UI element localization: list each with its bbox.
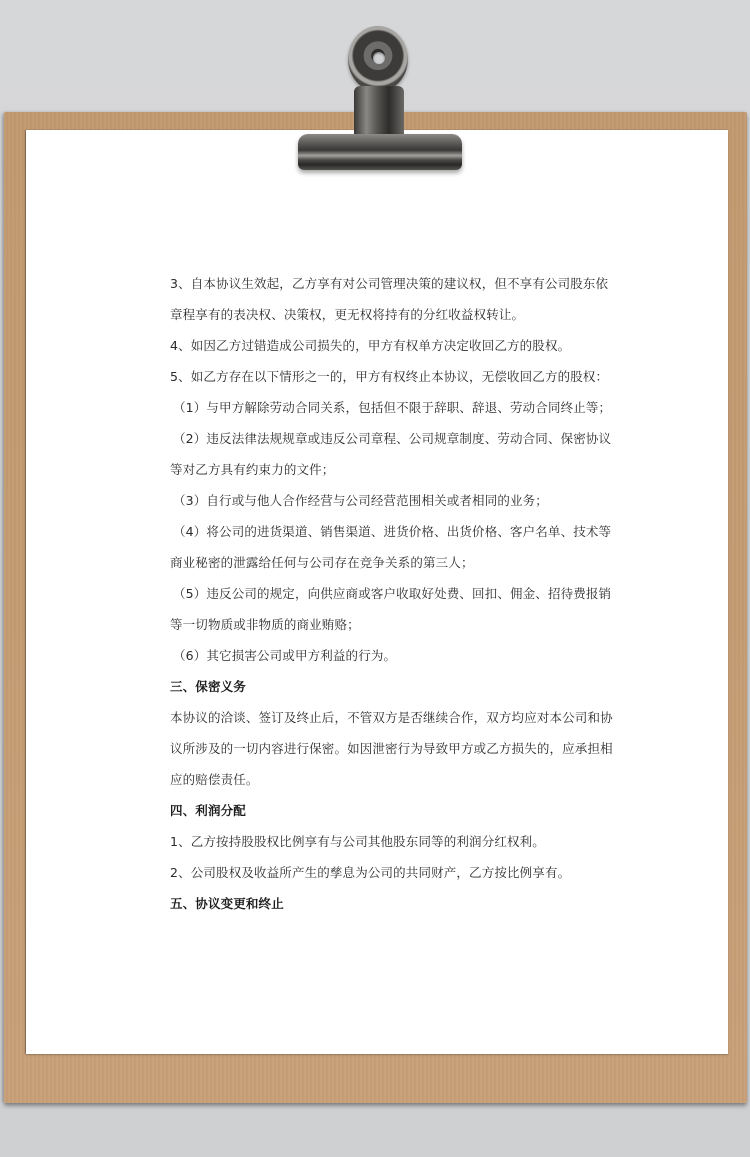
item-5-line-1: （5）违反公司的规定，向供应商或客户收取好处费、回扣、佣金、招待费报销: [170, 578, 590, 609]
confidentiality-line-3: 应的赔偿责任。: [170, 764, 590, 795]
item-3: （3）自行或与他人合作经营与公司经营范围相关或者相同的业务；: [170, 485, 590, 516]
item-4-line-2: 商业秘密的泄露给任何与公司存在竞争关系的第三人；: [170, 547, 590, 578]
section-heading-confidentiality: 三、保密义务: [170, 671, 590, 702]
clip-bar: [298, 134, 462, 170]
item-1: （1）与甲方解除劳动合同关系，包括但不限于辞职、辞退、劳动合同终止等；: [170, 392, 590, 423]
clip-neck: [354, 86, 404, 140]
confidentiality-line-2: 议所涉及的一切内容进行保密。如因泄密行为导致甲方或乙方损失的，应承担相: [170, 733, 590, 764]
clause-4: 4、如因乙方过错造成公司损失的，甲方有权单方决定收回乙方的股权。: [170, 330, 590, 361]
section-heading-profit-distribution: 四、利润分配: [170, 795, 590, 826]
binder-clip-icon: [296, 24, 464, 172]
item-2-line-1: （2）违反法律法规规章或违反公司章程、公司规章制度、劳动合同、保密协议: [170, 423, 590, 454]
profit-clause-2: 2、公司股权及收益所产生的孳息为公司的共同财产，乙方按比例享有。: [170, 857, 590, 888]
confidentiality-line-1: 本协议的洽谈、签订及终止后，不管双方是否继续合作，双方均应对本公司和协: [170, 702, 590, 733]
document-body: 3、自本协议生效起，乙方享有对公司管理决策的建议权，但不享有公司股东依 章程享有…: [170, 268, 590, 919]
clause-3-line-2: 章程享有的表决权、决策权，更无权将持有的分红收益权转让。: [170, 299, 590, 330]
clip-hole: [373, 52, 385, 64]
clause-5: 5、如乙方存在以下情形之一的，甲方有权终止本协议，无偿收回乙方的股权：: [170, 361, 590, 392]
item-6: （6）其它损害公司或甲方利益的行为。: [170, 640, 590, 671]
item-2-line-2: 等对乙方具有约束力的文件；: [170, 454, 590, 485]
section-heading-change-termination: 五、协议变更和终止: [170, 888, 590, 919]
item-5-line-2: 等一切物质或非物质的商业贿赂；: [170, 609, 590, 640]
clause-3-line-1: 3、自本协议生效起，乙方享有对公司管理决策的建议权，但不享有公司股东依: [170, 268, 590, 299]
item-4-line-1: （4）将公司的进货渠道、销售渠道、进货价格、出货价格、客户名单、技术等: [170, 516, 590, 547]
profit-clause-1: 1、乙方按持股股权比例享有与公司其他股东同等的利润分红权利。: [170, 826, 590, 857]
document-page: 3、自本协议生效起，乙方享有对公司管理决策的建议权，但不享有公司股东依 章程享有…: [26, 130, 728, 1054]
